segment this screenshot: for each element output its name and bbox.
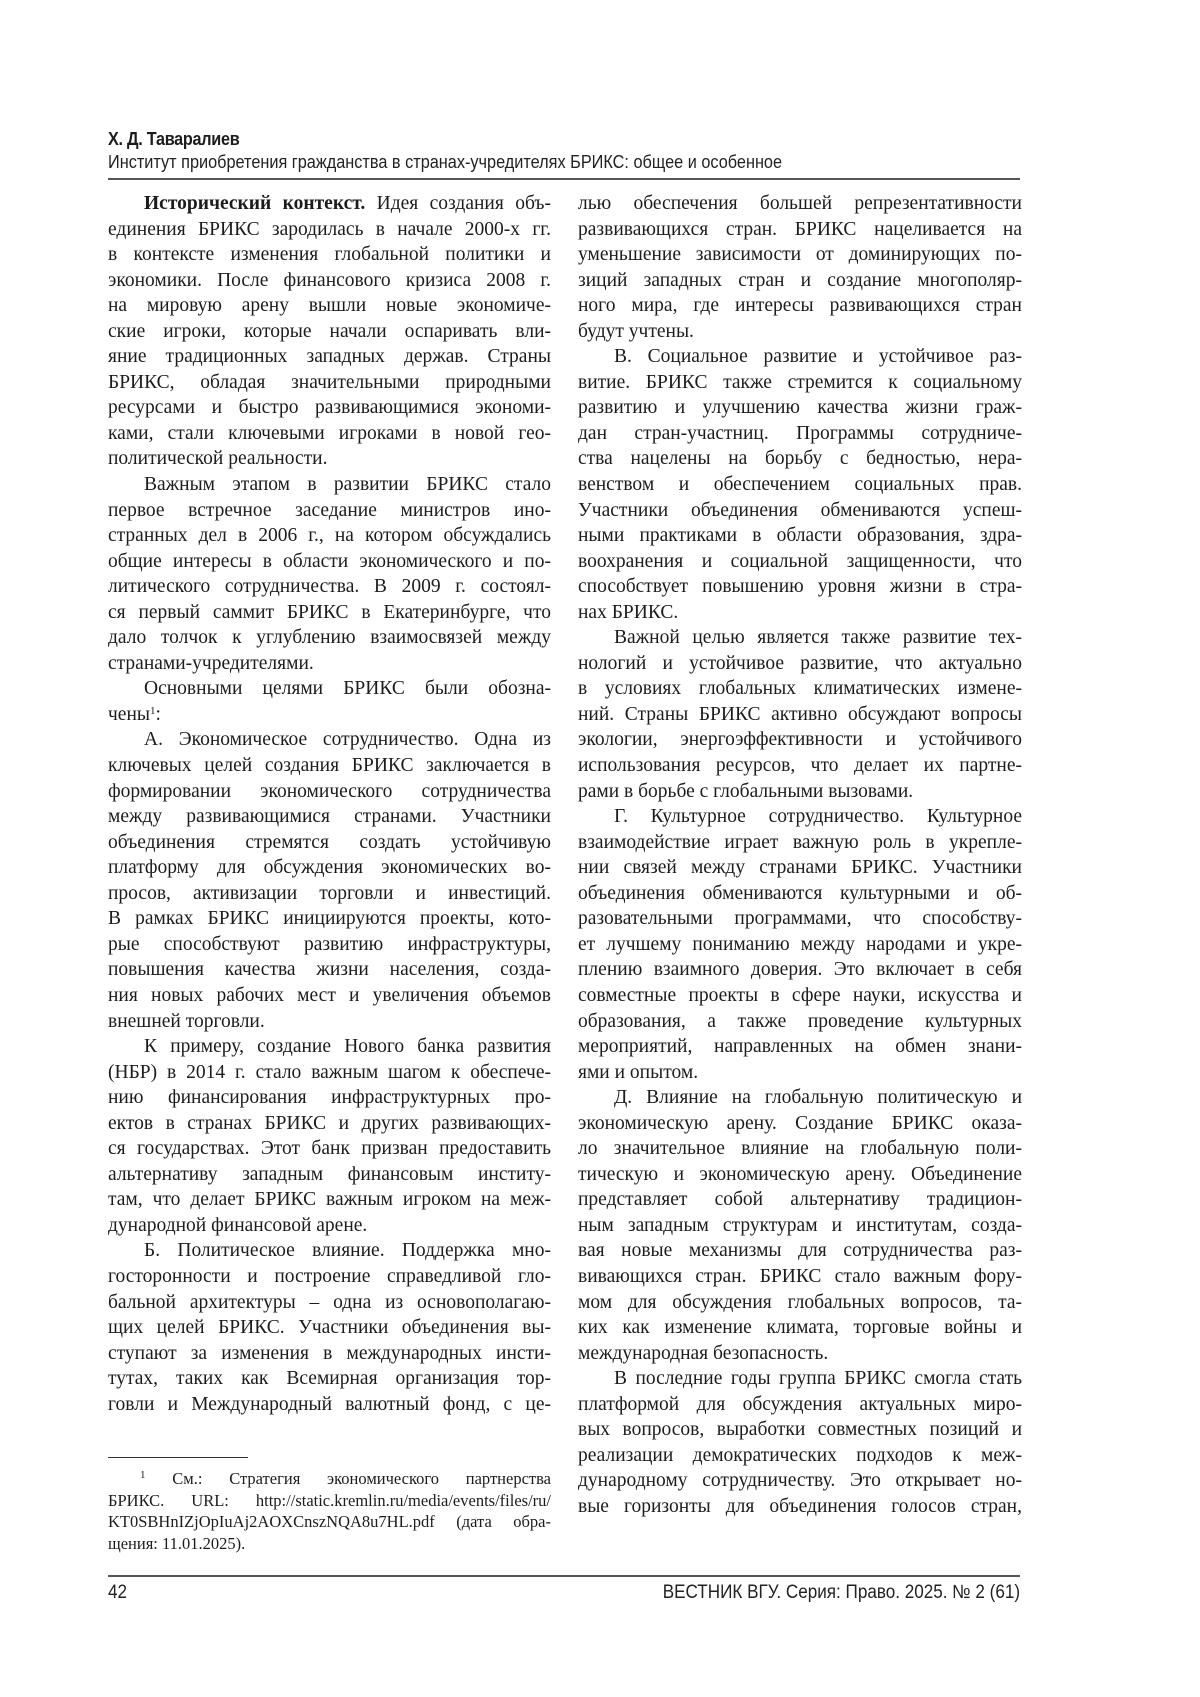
text-line: В. Социальное развитие и устойчивое раз- [578, 344, 1022, 370]
text-line: альтернативу западным финансовым институ… [108, 1162, 551, 1188]
text-line: объединения стремятся создать устойчивую [108, 830, 551, 856]
footnote-line[interactable]: БРИКС. URL: http://static.kremlin.ru/med… [108, 1490, 551, 1512]
text-line: совместные проекты в сфере науки, искусс… [578, 983, 1022, 1009]
text-line: тутах, таких как Всемирная организация т… [108, 1366, 551, 1392]
text-line: ния новых рабочих мест и увеличения объе… [108, 983, 551, 1009]
text-line: венством и обеспечением социальных прав. [578, 472, 1022, 498]
footnote-line: 1 См.: Стратегия экономического партнерс… [108, 1468, 551, 1490]
text-line: разовательными программами, что способст… [578, 906, 1022, 932]
text-line: будут учтены. [578, 319, 1022, 345]
text-line: Важной целью является также развитие тех… [578, 625, 1022, 651]
text-line: ным западным структурам и институтам, со… [578, 1213, 1022, 1239]
right-column: лью обеспечения большей репрезентативнос… [578, 191, 1022, 1519]
text-line: литического сотрудничества. В 2009 г. со… [108, 574, 551, 600]
text-line: Исторический контекст. Идея создания объ… [108, 191, 551, 217]
text-line: госторонности и построение справедливой … [108, 1264, 551, 1290]
text-line: взаимодействие играет важную роль в укре… [578, 830, 1022, 856]
text-line: ного мира, где интересы развивающихся ст… [578, 293, 1022, 319]
text-line: дународному сотрудничеству. Это открывае… [578, 1468, 1022, 1494]
text-line: яние традиционных западных держав. Стран… [108, 344, 551, 370]
text-line: В рамках БРИКС инициируются проекты, кот… [108, 906, 551, 932]
text-line: ками, стали ключевыми игроками в новой г… [108, 421, 551, 447]
text-line: ступают за изменения в международных инс… [108, 1341, 551, 1367]
text-line: в условиях глобальных климатических изме… [578, 676, 1022, 702]
text-line: ключевых целей создания БРИКС заключаетс… [108, 753, 551, 779]
text-line: международная безопасность. [578, 1341, 1022, 1367]
text-line: Б. Политическое влияние. Поддержка мно- [108, 1238, 551, 1264]
text-line: политической реальности. [108, 446, 551, 472]
text-line: Участники объединения обмениваются успеш… [578, 498, 1022, 524]
text-line: Важным этапом в развитии БРИКС стало [108, 472, 551, 498]
text-line: формировании экономического сотрудничест… [108, 779, 551, 805]
text-line: на мировую арену вышли новые экономиче- [108, 293, 551, 319]
section-heading: Исторический контекст. [144, 193, 365, 214]
text-line: единения БРИКС зародилась в начале 2000-… [108, 217, 551, 243]
text-line: реализации демократических подходов к ме… [578, 1443, 1022, 1469]
footnote-divider [108, 1457, 248, 1458]
text-line: странных дел в 2006 г., на котором обсуж… [108, 523, 551, 549]
text-line: ний. Страны БРИКС активно обсуждают вопр… [578, 702, 1022, 728]
text-line: А. Экономическое сотрудничество. Одна из [108, 727, 551, 753]
text-line: нах БРИКС. [578, 600, 1022, 626]
text-line: экологии, энергоэффективности и устойчив… [578, 727, 1022, 753]
text-line: образования, а также проведение культурн… [578, 1009, 1022, 1035]
text-line: платформу для обсуждения экономических в… [108, 855, 551, 881]
text-line: ких как изменение климата, торговые войн… [578, 1315, 1022, 1341]
text-line: Основными целями БРИКС были обозна- [108, 676, 551, 702]
text-line: внешней торговли. [108, 1009, 551, 1035]
text-line: повышения качества жизни населения, созд… [108, 957, 551, 983]
text-line: чены1: [108, 702, 551, 728]
text-line: ся государствах. Этот банк призван предо… [108, 1136, 551, 1162]
text-line: ло значительное влияние на глобальную по… [578, 1136, 1022, 1162]
text-line: дан стран-участниц. Программы сотрудниче… [578, 421, 1022, 447]
text-line: представляет собой альтернативу традицио… [578, 1187, 1022, 1213]
footnote-marker: 1 [140, 1469, 146, 1481]
text-line: ся первый саммит БРИКС в Екатеринбурге, … [108, 600, 551, 626]
text-line: в контексте изменения глобальной политик… [108, 242, 551, 268]
text-line: щих целей БРИКС. Участники объединения в… [108, 1315, 551, 1341]
text-line: мом для обсуждения глобальных вопросов, … [578, 1290, 1022, 1316]
text-line: вых вопросов, выработки совместных позиц… [578, 1417, 1022, 1443]
text-line: использования ресурсов, что делает их па… [578, 753, 1022, 779]
journal-name: ВЕСТНИК ВГУ. Серия: Право. 2025. № 2 (61… [663, 1580, 1020, 1606]
text-line: витие. БРИКС также стремится к социально… [578, 370, 1022, 396]
footnote-line: щения: 11.01.2025). [108, 1533, 551, 1555]
page-number: 42 [108, 1580, 127, 1606]
text-line: БРИКС, обладая значительными природными [108, 370, 551, 396]
text-line: бальной архитектуры – одна из основопола… [108, 1290, 551, 1316]
footer-divider [108, 1575, 1020, 1577]
text-line: (НБР) в 2014 г. стало важным шагом к обе… [108, 1060, 551, 1086]
text-line: нологий и устойчивое развитие, что актуа… [578, 651, 1022, 677]
text-line: ства нацелены на борьбу с бедностью, нер… [578, 446, 1022, 472]
text-line: платформой для обсуждения актуальных мир… [578, 1392, 1022, 1418]
text-line: говли и Международный валютный фонд, с ц… [108, 1392, 551, 1418]
text-line: просов, активизации торговли и инвестици… [108, 881, 551, 907]
text-line: дало толчок к углублению взаимосвязей ме… [108, 625, 551, 651]
footnote: 1 См.: Стратегия экономического партнерс… [108, 1468, 551, 1554]
text-line: объединения обмениваются культурными и о… [578, 881, 1022, 907]
text-line: вая новые механизмы для сотрудничества р… [578, 1238, 1022, 1264]
text-line: дународной финансовой арене. [108, 1213, 551, 1239]
text-line: ями и опытом. [578, 1060, 1022, 1086]
text-line: тическую и экономическую арену. Объедине… [578, 1162, 1022, 1188]
header-divider [108, 178, 1020, 180]
text-line: воохранения и социальной защищенности, ч… [578, 549, 1022, 575]
text-line: развитию и улучшению качества жизни граж… [578, 395, 1022, 421]
text-line: вые горизонты для объединения голосов ст… [578, 1494, 1022, 1520]
text-line: там, что делает БРИКС важным игроком на … [108, 1187, 551, 1213]
text-line: лью обеспечения большей репрезентативнос… [578, 191, 1022, 217]
text-line: ресурсами и быстро развивающимися эконом… [108, 395, 551, 421]
text-line: К примеру, создание Нового банка развити… [108, 1034, 551, 1060]
text-line: рами в борьбе с глобальными вызовами. [578, 779, 1022, 805]
text-line: экономическую арену. Создание БРИКС оказ… [578, 1111, 1022, 1137]
text-line: способствует повышению уровня жизни в ст… [578, 574, 1022, 600]
text-line: уменьшение зависимости от доминирующих п… [578, 242, 1022, 268]
journal-page: Х. Д. Таваралиев Институт приобретения г… [0, 0, 1200, 1697]
footnote-line[interactable]: KT0SBHnIZjOpIuAj2AOXCnszNQA8u7HL.pdf (да… [108, 1511, 551, 1533]
text-line: ские игроки, которые начали оспаривать в… [108, 319, 551, 345]
text-line: мероприятий, направленных на обмен знани… [578, 1034, 1022, 1060]
text-line: ектов в странах БРИКС и других развивающ… [108, 1111, 551, 1137]
text-line: первое встречное заседание министров ино… [108, 498, 551, 524]
article-title: Институт приобретения гражданства в стра… [108, 150, 911, 174]
text-line: развивающихся стран. БРИКС нацеливается … [578, 217, 1022, 243]
text-line: рые способствуют развитию инфраструктуры… [108, 932, 551, 958]
left-column: Исторический контекст. Идея создания объ… [108, 191, 551, 1417]
author-name: Х. Д. Таваралиев [108, 128, 929, 150]
running-head: Х. Д. Таваралиев Институт приобретения г… [108, 128, 1020, 174]
text-line: нии связей между странами БРИКС. Участни… [578, 855, 1022, 881]
text-line: плению взаимного доверия. Это включает в… [578, 957, 1022, 983]
text-line: Д. Влияние на глобальную политическую и [578, 1085, 1022, 1111]
text-line: странами-учредителями. [108, 651, 551, 677]
text-line: экономики. После финансового кризиса 200… [108, 268, 551, 294]
text-line: ет лучшему пониманию между народами и ук… [578, 932, 1022, 958]
text-line: зиций западных стран и создание многопол… [578, 268, 1022, 294]
text-line: Г. Культурное сотрудничество. Культурное [578, 804, 1022, 830]
text-line: общие интересы в области экономического … [108, 549, 551, 575]
text-line: вивающихся стран. БРИКС стало важным фор… [578, 1264, 1022, 1290]
text-line: ными практиками в области образования, з… [578, 523, 1022, 549]
text-line: В последние годы группа БРИКС смогла ста… [578, 1366, 1022, 1392]
text-line: между развивающимися странами. Участники [108, 804, 551, 830]
text-line: нию финансирования инфраструктурных про- [108, 1085, 551, 1111]
